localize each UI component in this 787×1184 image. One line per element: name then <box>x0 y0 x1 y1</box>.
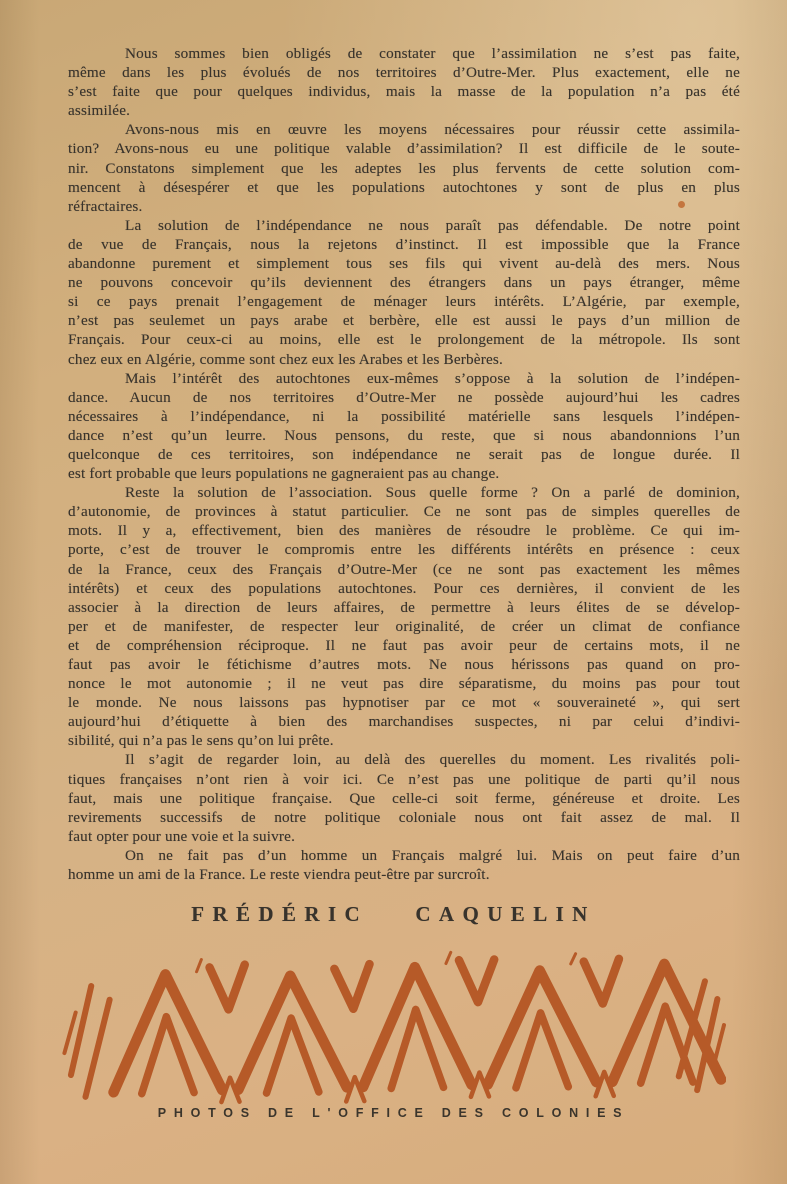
paragraph-line: faut pas avoir le fétichisme d’autres mo… <box>68 655 740 674</box>
paragraph-line: de la France, ceux des Français d’Outre-… <box>68 560 740 579</box>
paragraph-line: Reste la solution de l’association. Sous… <box>68 483 740 502</box>
paragraph: Reste la solution de l’association. Sous… <box>68 483 740 750</box>
photo-credit: PHOTOS DE L'OFFICE DES COLONIES <box>0 1106 787 1120</box>
paragraph-line: et de compréhension réciproque. Il ne fa… <box>68 636 740 655</box>
paragraph-line: faut, mais une politique française. Que … <box>68 789 740 808</box>
paragraph-line: porte, c’est de trouver le compromis ent… <box>68 540 740 559</box>
paragraph-line: aujourd’hui d’étiquette à bien des march… <box>68 712 740 731</box>
paragraph-line: associer à la direction de leurs affaire… <box>68 598 740 617</box>
paragraph-line: chez eux en Algérie, comme sont chez eux… <box>68 350 740 369</box>
paragraph-line: Avons-nous mis en œuvre les moyens néces… <box>68 120 740 139</box>
paragraph-line: n’est pas seulemet un pays arabe et berb… <box>68 311 740 330</box>
paper-speck <box>678 201 685 208</box>
paragraph: Avons-nous mis en œuvre les moyens néces… <box>68 120 740 215</box>
paragraph: On ne fait pas d’un homme un Français ma… <box>68 846 740 884</box>
paragraph-line: mots. Il y a, effectivement, bien des ma… <box>68 521 740 540</box>
paragraph-line: intérêts) et ceux des populations autoch… <box>68 579 740 598</box>
paragraph-line: Il s’agit de regarder loin, au delà des … <box>68 750 740 769</box>
paragraph-line: La solution de l’indépendance ne nous pa… <box>68 216 740 235</box>
paragraph-line: Français. Pour ceux-ci au moins, elle es… <box>68 330 740 349</box>
paragraph-line: réfractaires. <box>68 197 740 216</box>
paragraph-line: assimilée. <box>68 101 740 120</box>
paragraph-line: dance n’est qu’un leurre. Nous pensons, … <box>68 426 740 445</box>
paragraph-line: Mais l’intérêt des autochtones eux-mêmes… <box>68 369 740 388</box>
paragraph: Nous sommes bien obligés de constater qu… <box>68 44 740 120</box>
paragraph-line: nir. Constatons simplement que les adept… <box>68 159 740 178</box>
paragraph-line: tiques françaises n’ont rien à voir ici.… <box>68 770 740 789</box>
paragraph-line: ne pouvons concevoir qu’ils deviennent d… <box>68 273 740 292</box>
paragraph: La solution de l’indépendance ne nous pa… <box>68 216 740 369</box>
paragraph-line: per et de manifester, de respecter leur … <box>68 617 740 636</box>
paragraph: Il s’agit de regarder loin, au delà des … <box>68 750 740 845</box>
article-text: Nous sommes bien obligés de constater qu… <box>68 44 740 884</box>
paragraph-line: nonce le mot autonomie ; il ne veut pas … <box>68 674 740 693</box>
author-signature: FRÉDÉRIC CAQUELIN <box>0 902 787 927</box>
paragraph-line: On ne fait pas d’un homme un Français ma… <box>68 846 740 865</box>
paragraph-line: même dans les plus évolués de nos territ… <box>68 63 740 82</box>
paragraph-line: abandonne purement et simplement tous se… <box>68 254 740 273</box>
paragraph-line: revirements successifs de notre politiqu… <box>68 808 740 827</box>
paragraph-line: d’autonomie, de provinces à statut parti… <box>68 502 740 521</box>
paragraph-line: si ce pays prenait l’engagement de ménag… <box>68 292 740 311</box>
paragraph-line: nécessaires à l’indépendance, ni la poss… <box>68 407 740 426</box>
paragraph-line: Nous sommes bien obligés de constater qu… <box>68 44 740 63</box>
paragraph-line: de vue de Français, nous la rejetons d’i… <box>68 235 740 254</box>
paragraph-line: est fort probable que leurs populations … <box>68 464 740 483</box>
zigzag-ornament-icon <box>62 948 726 1110</box>
paragraph-line: faut opter pour une voie et la suivre. <box>68 827 740 846</box>
paragraph-line: mencent à désespérer et que les populati… <box>68 178 740 197</box>
paragraph-line: quelconque de ces territoires, son indép… <box>68 445 740 464</box>
paragraph-line: le monde. Ne nous laissons pas hypnotise… <box>68 693 740 712</box>
paragraph-line: s’est faite que pour quelques individus,… <box>68 82 740 101</box>
scanned-page: Nous sommes bien obligés de constater qu… <box>0 0 787 1184</box>
paragraph-line: homme un ami de la France. Le reste vien… <box>68 865 740 884</box>
paragraph-line: dance. Aucun de nos territoires d’Outre-… <box>68 388 740 407</box>
paragraph: Mais l’intérêt des autochtones eux-mêmes… <box>68 369 740 484</box>
paragraph-line: sibilité, qui n’a pas le sens qu’on lui … <box>68 731 740 750</box>
paragraph-line: tion? Avons-nous eu une politique valabl… <box>68 139 740 158</box>
